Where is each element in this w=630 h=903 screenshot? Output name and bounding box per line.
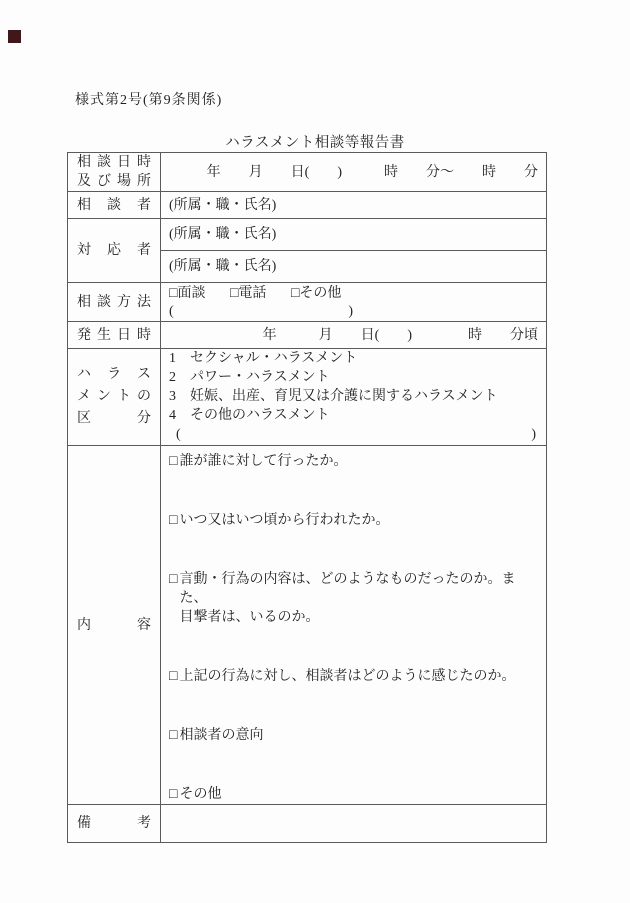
row-consultant: 相談者 (所属・職・氏名): [68, 192, 547, 219]
content-value: □ 誰が誰に対して行ったか。 □ いつ又はいつ頃から行われたか。 □ 言動・行為…: [161, 446, 547, 805]
method-paren-close: ): [348, 303, 353, 321]
row-content: 内容 □ 誰が誰に対して行ったか。 □ いつ又はいつ頃から行われたか。 □ 言動…: [68, 446, 547, 805]
method-option-interview: □面談: [169, 284, 205, 303]
row-responder-1: 対応者 (所属・職・氏名): [68, 219, 547, 251]
category-other-blank: ( ): [169, 425, 538, 445]
category-label: ハラス メントの 区分: [68, 349, 161, 446]
remarks-value: [161, 805, 547, 843]
method-option-phone: □電話: [230, 284, 266, 303]
checkbox-what-icon[interactable]: □: [169, 570, 177, 589]
content-item-who: □ 誰が誰に対して行ったか。: [169, 452, 538, 471]
consult-datetime-label: 相談日時 及び場所: [68, 153, 161, 192]
method-option-phone-label: 電話: [238, 286, 266, 301]
checkbox-intention-icon[interactable]: □: [169, 726, 177, 745]
content-item-feeling: □ 上記の行為に対し、相談者はどのように感じたのか。: [169, 667, 538, 686]
remarks-label: 備考: [68, 805, 161, 843]
method-label-text: 相談方法: [77, 293, 151, 312]
category-value: 1 セクシャル・ハラスメント 2 パワー・ハラスメント 3 妊娠、出産、育児又は…: [161, 349, 547, 446]
category-label-line2: メントの: [77, 386, 151, 408]
method-other-blank: ( ): [169, 303, 353, 321]
responder-label-text: 対応者: [77, 241, 151, 260]
method-option-interview-label: 面談: [177, 286, 205, 301]
content-item-intention: □ 相談者の意向: [169, 726, 538, 745]
row-category: ハラス メントの 区分 1 セクシャル・ハラスメント 2 パワー・ハラスメント …: [68, 349, 547, 446]
method-option-other-label: その他: [299, 286, 341, 301]
responder-label: 対応者: [68, 219, 161, 283]
corner-marker: [8, 30, 21, 43]
category-item-2: 2 パワー・ハラスメント: [169, 368, 538, 387]
consultant-label-text: 相談者: [77, 196, 151, 215]
category-paren-close: ): [531, 425, 536, 445]
category-item-4: 4 その他のハラスメント: [169, 406, 538, 425]
form-code: 様式第2号(第9条関係): [75, 89, 222, 109]
method-value: □面談 □電話 □その他 ( ): [161, 283, 547, 322]
checkbox-who-icon[interactable]: □: [169, 452, 177, 471]
method-option-other: □その他: [291, 284, 341, 303]
consult-datetime-value: 年 月 日( ) 時 分～ 時 分: [161, 153, 547, 192]
page-title: ハラスメント相談等報告書: [0, 131, 630, 152]
category-paren-open: (: [176, 425, 181, 445]
content-item-what: □ 言動・行為の内容は、どのようなものだったのか。また、 目撃者は、いるのか。: [169, 570, 538, 627]
consultant-label: 相談者: [68, 192, 161, 219]
method-label: 相談方法: [68, 283, 161, 322]
responder-value-2: (所属・職・氏名): [161, 251, 547, 283]
content-item-other-text: その他: [179, 785, 221, 804]
consult-datetime-label-line1: 相談日時: [77, 153, 151, 172]
checkbox-feeling-icon[interactable]: □: [169, 667, 177, 686]
occurrence-label-text: 発生日時: [77, 326, 151, 345]
content-item-intention-text: 相談者の意向: [179, 726, 263, 745]
occurrence-label: 発生日時: [68, 322, 161, 349]
responder-value-1: (所属・職・氏名): [161, 219, 547, 251]
row-consult-datetime: 相談日時 及び場所 年 月 日( ) 時 分～ 時 分: [68, 153, 547, 192]
category-item-1: 1 セクシャル・ハラスメント: [169, 349, 538, 368]
content-item-when-text: いつ又はいつ頃から行われたか。: [179, 511, 389, 530]
checkbox-content-other-icon[interactable]: □: [169, 785, 177, 804]
method-options: □面談 □電話 □その他: [169, 283, 538, 303]
content-item-who-text: 誰が誰に対して行ったか。: [179, 452, 347, 471]
row-occurrence: 発生日時 年 月 日( ) 時 分頃: [68, 322, 547, 349]
category-label-line3: 区分: [77, 408, 151, 430]
category-item-3: 3 妊娠、出産、育児又は介護に関するハラスメント: [169, 387, 538, 406]
content-label-text: 内容: [77, 616, 151, 635]
checkbox-when-icon[interactable]: □: [169, 511, 177, 530]
report-table: 相談日時 及び場所 年 月 日( ) 時 分～ 時 分 相談者 (所属・職・氏名…: [67, 152, 547, 843]
content-label: 内容: [68, 446, 161, 805]
content-item-what-text: 言動・行為の内容は、どのようなものだったのか。また、 目撃者は、いるのか。: [179, 570, 538, 627]
remarks-label-text: 備考: [77, 814, 151, 833]
content-item-when: □ いつ又はいつ頃から行われたか。: [169, 511, 538, 530]
method-paren-open: (: [169, 303, 174, 321]
category-label-line1: ハラス: [77, 364, 151, 386]
content-item-feeling-text: 上記の行為に対し、相談者はどのように感じたのか。: [179, 667, 515, 686]
content-item-other: □ その他: [169, 785, 538, 804]
occurrence-value: 年 月 日( ) 時 分頃: [161, 322, 547, 349]
consult-datetime-label-line2: 及び場所: [77, 172, 151, 191]
row-method: 相談方法 □面談 □電話 □その他 ( ): [68, 283, 547, 322]
consultant-value: (所属・職・氏名): [161, 192, 547, 219]
row-remarks: 備考: [68, 805, 547, 843]
